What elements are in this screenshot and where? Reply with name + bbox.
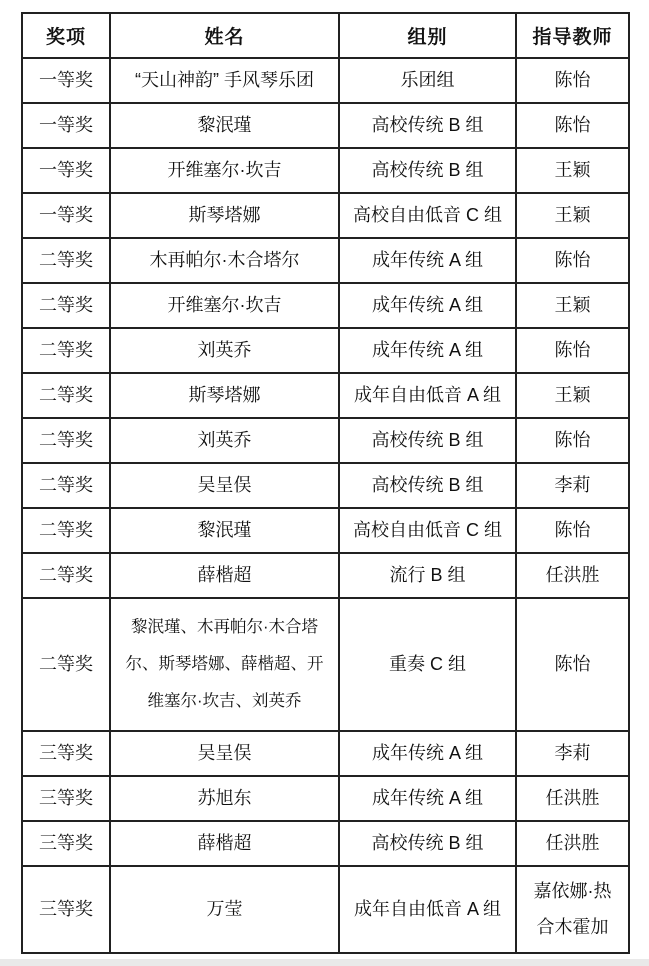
award-cell: 二等奖 — [22, 553, 110, 598]
page: 奖项 姓名 组别 指导教师 一等奖 “天山神韵” 手风琴乐团 乐团组 陈怡 一等… — [0, 0, 649, 966]
table-row: 三等奖 万莹 成年自由低音 A 组 嘉依娜·热合木霍加 — [22, 866, 629, 953]
award-cell: 二等奖 — [22, 328, 110, 373]
table-row: 二等奖 刘英乔 成年传统 A 组 陈怡 — [22, 328, 629, 373]
group-cell: 高校自由低音 C 组 — [339, 193, 516, 238]
teacher-cell: 陈怡 — [516, 238, 629, 283]
name-cell: 木再帕尔·木合塔尔 — [110, 238, 339, 283]
name-cell: 薛楷超 — [110, 821, 339, 866]
teacher-cell: 任洪胜 — [516, 821, 629, 866]
table-row: 二等奖 薛楷超 流行 B 组 任洪胜 — [22, 553, 629, 598]
name-cell: 万莹 — [110, 866, 339, 953]
award-cell: 二等奖 — [22, 508, 110, 553]
teacher-cell: 陈怡 — [516, 328, 629, 373]
name-cell: 黎泯瑾、木再帕尔·木合塔尔、斯琴塔娜、薛楷超、开维塞尔·坎吉、刘英乔 — [110, 598, 339, 731]
teacher-cell: 陈怡 — [516, 598, 629, 731]
name-cell: 吴呈俣 — [110, 463, 339, 508]
award-cell: 一等奖 — [22, 58, 110, 103]
award-cell: 一等奖 — [22, 103, 110, 148]
header-name: 姓名 — [110, 13, 339, 58]
teacher-cell: 嘉依娜·热合木霍加 — [516, 866, 629, 953]
page-edge-strip — [0, 959, 649, 966]
teacher-cell: 王颖 — [516, 283, 629, 328]
award-cell: 二等奖 — [22, 598, 110, 731]
name-cell: 斯琴塔娜 — [110, 373, 339, 418]
table-row: 三等奖 薛楷超 高校传统 B 组 任洪胜 — [22, 821, 629, 866]
awards-table: 奖项 姓名 组别 指导教师 一等奖 “天山神韵” 手风琴乐团 乐团组 陈怡 一等… — [21, 12, 630, 954]
award-cell: 二等奖 — [22, 463, 110, 508]
teacher-cell: 陈怡 — [516, 418, 629, 463]
name-cell: 刘英乔 — [110, 328, 339, 373]
award-cell: 二等奖 — [22, 283, 110, 328]
award-cell: 二等奖 — [22, 373, 110, 418]
group-cell: 成年自由低音 A 组 — [339, 373, 516, 418]
name-cell: “天山神韵” 手风琴乐团 — [110, 58, 339, 103]
group-cell: 成年自由低音 A 组 — [339, 866, 516, 953]
award-cell: 二等奖 — [22, 238, 110, 283]
name-cell: 黎泯瑾 — [110, 103, 339, 148]
group-cell: 高校传统 B 组 — [339, 463, 516, 508]
teacher-cell: 陈怡 — [516, 103, 629, 148]
table-row: 一等奖 黎泯瑾 高校传统 B 组 陈怡 — [22, 103, 629, 148]
table-row: 二等奖 木再帕尔·木合塔尔 成年传统 A 组 陈怡 — [22, 238, 629, 283]
name-cell: 苏旭东 — [110, 776, 339, 821]
header-award: 奖项 — [22, 13, 110, 58]
teacher-cell: 任洪胜 — [516, 553, 629, 598]
group-cell: 乐团组 — [339, 58, 516, 103]
group-cell: 高校传统 B 组 — [339, 148, 516, 193]
table-row: 三等奖 苏旭东 成年传统 A 组 任洪胜 — [22, 776, 629, 821]
teacher-cell: 任洪胜 — [516, 776, 629, 821]
group-cell: 成年传统 A 组 — [339, 283, 516, 328]
teacher-cell: 王颖 — [516, 373, 629, 418]
group-cell: 成年传统 A 组 — [339, 328, 516, 373]
header-row: 奖项 姓名 组别 指导教师 — [22, 13, 629, 58]
name-cell: 开维塞尔·坎吉 — [110, 283, 339, 328]
table-row: 二等奖 黎泯瑾 高校自由低音 C 组 陈怡 — [22, 508, 629, 553]
table-row: 一等奖 斯琴塔娜 高校自由低音 C 组 王颖 — [22, 193, 629, 238]
name-cell: 刘英乔 — [110, 418, 339, 463]
table-row: 二等奖 开维塞尔·坎吉 成年传统 A 组 王颖 — [22, 283, 629, 328]
group-cell: 高校传统 B 组 — [339, 418, 516, 463]
teacher-cell: 陈怡 — [516, 58, 629, 103]
name-cell: 薛楷超 — [110, 553, 339, 598]
header-group: 组别 — [339, 13, 516, 58]
teacher-cell: 王颖 — [516, 148, 629, 193]
table-row-ensemble: 二等奖 黎泯瑾、木再帕尔·木合塔尔、斯琴塔娜、薛楷超、开维塞尔·坎吉、刘英乔 重… — [22, 598, 629, 731]
group-cell: 高校自由低音 C 组 — [339, 508, 516, 553]
teacher-cell: 王颖 — [516, 193, 629, 238]
group-cell: 成年传统 A 组 — [339, 238, 516, 283]
award-cell: 一等奖 — [22, 148, 110, 193]
group-cell: 高校传统 B 组 — [339, 821, 516, 866]
table-row: 二等奖 斯琴塔娜 成年自由低音 A 组 王颖 — [22, 373, 629, 418]
group-cell: 成年传统 A 组 — [339, 731, 516, 776]
award-cell: 三等奖 — [22, 776, 110, 821]
award-cell: 二等奖 — [22, 418, 110, 463]
teacher-cell: 李莉 — [516, 731, 629, 776]
award-cell: 三等奖 — [22, 731, 110, 776]
teacher-cell: 陈怡 — [516, 508, 629, 553]
award-cell: 一等奖 — [22, 193, 110, 238]
name-cell: 吴呈俣 — [110, 731, 339, 776]
table-row: 二等奖 吴呈俣 高校传统 B 组 李莉 — [22, 463, 629, 508]
group-cell: 流行 B 组 — [339, 553, 516, 598]
name-cell: 斯琴塔娜 — [110, 193, 339, 238]
teacher-cell: 李莉 — [516, 463, 629, 508]
group-cell: 成年传统 A 组 — [339, 776, 516, 821]
award-cell: 三等奖 — [22, 866, 110, 953]
name-cell: 开维塞尔·坎吉 — [110, 148, 339, 193]
table-row: 三等奖 吴呈俣 成年传统 A 组 李莉 — [22, 731, 629, 776]
table-row: 一等奖 “天山神韵” 手风琴乐团 乐团组 陈怡 — [22, 58, 629, 103]
group-cell: 高校传统 B 组 — [339, 103, 516, 148]
name-cell: 黎泯瑾 — [110, 508, 339, 553]
header-teacher: 指导教师 — [516, 13, 629, 58]
award-cell: 三等奖 — [22, 821, 110, 866]
table-row: 一等奖 开维塞尔·坎吉 高校传统 B 组 王颖 — [22, 148, 629, 193]
group-cell: 重奏 C 组 — [339, 598, 516, 731]
table-row: 二等奖 刘英乔 高校传统 B 组 陈怡 — [22, 418, 629, 463]
